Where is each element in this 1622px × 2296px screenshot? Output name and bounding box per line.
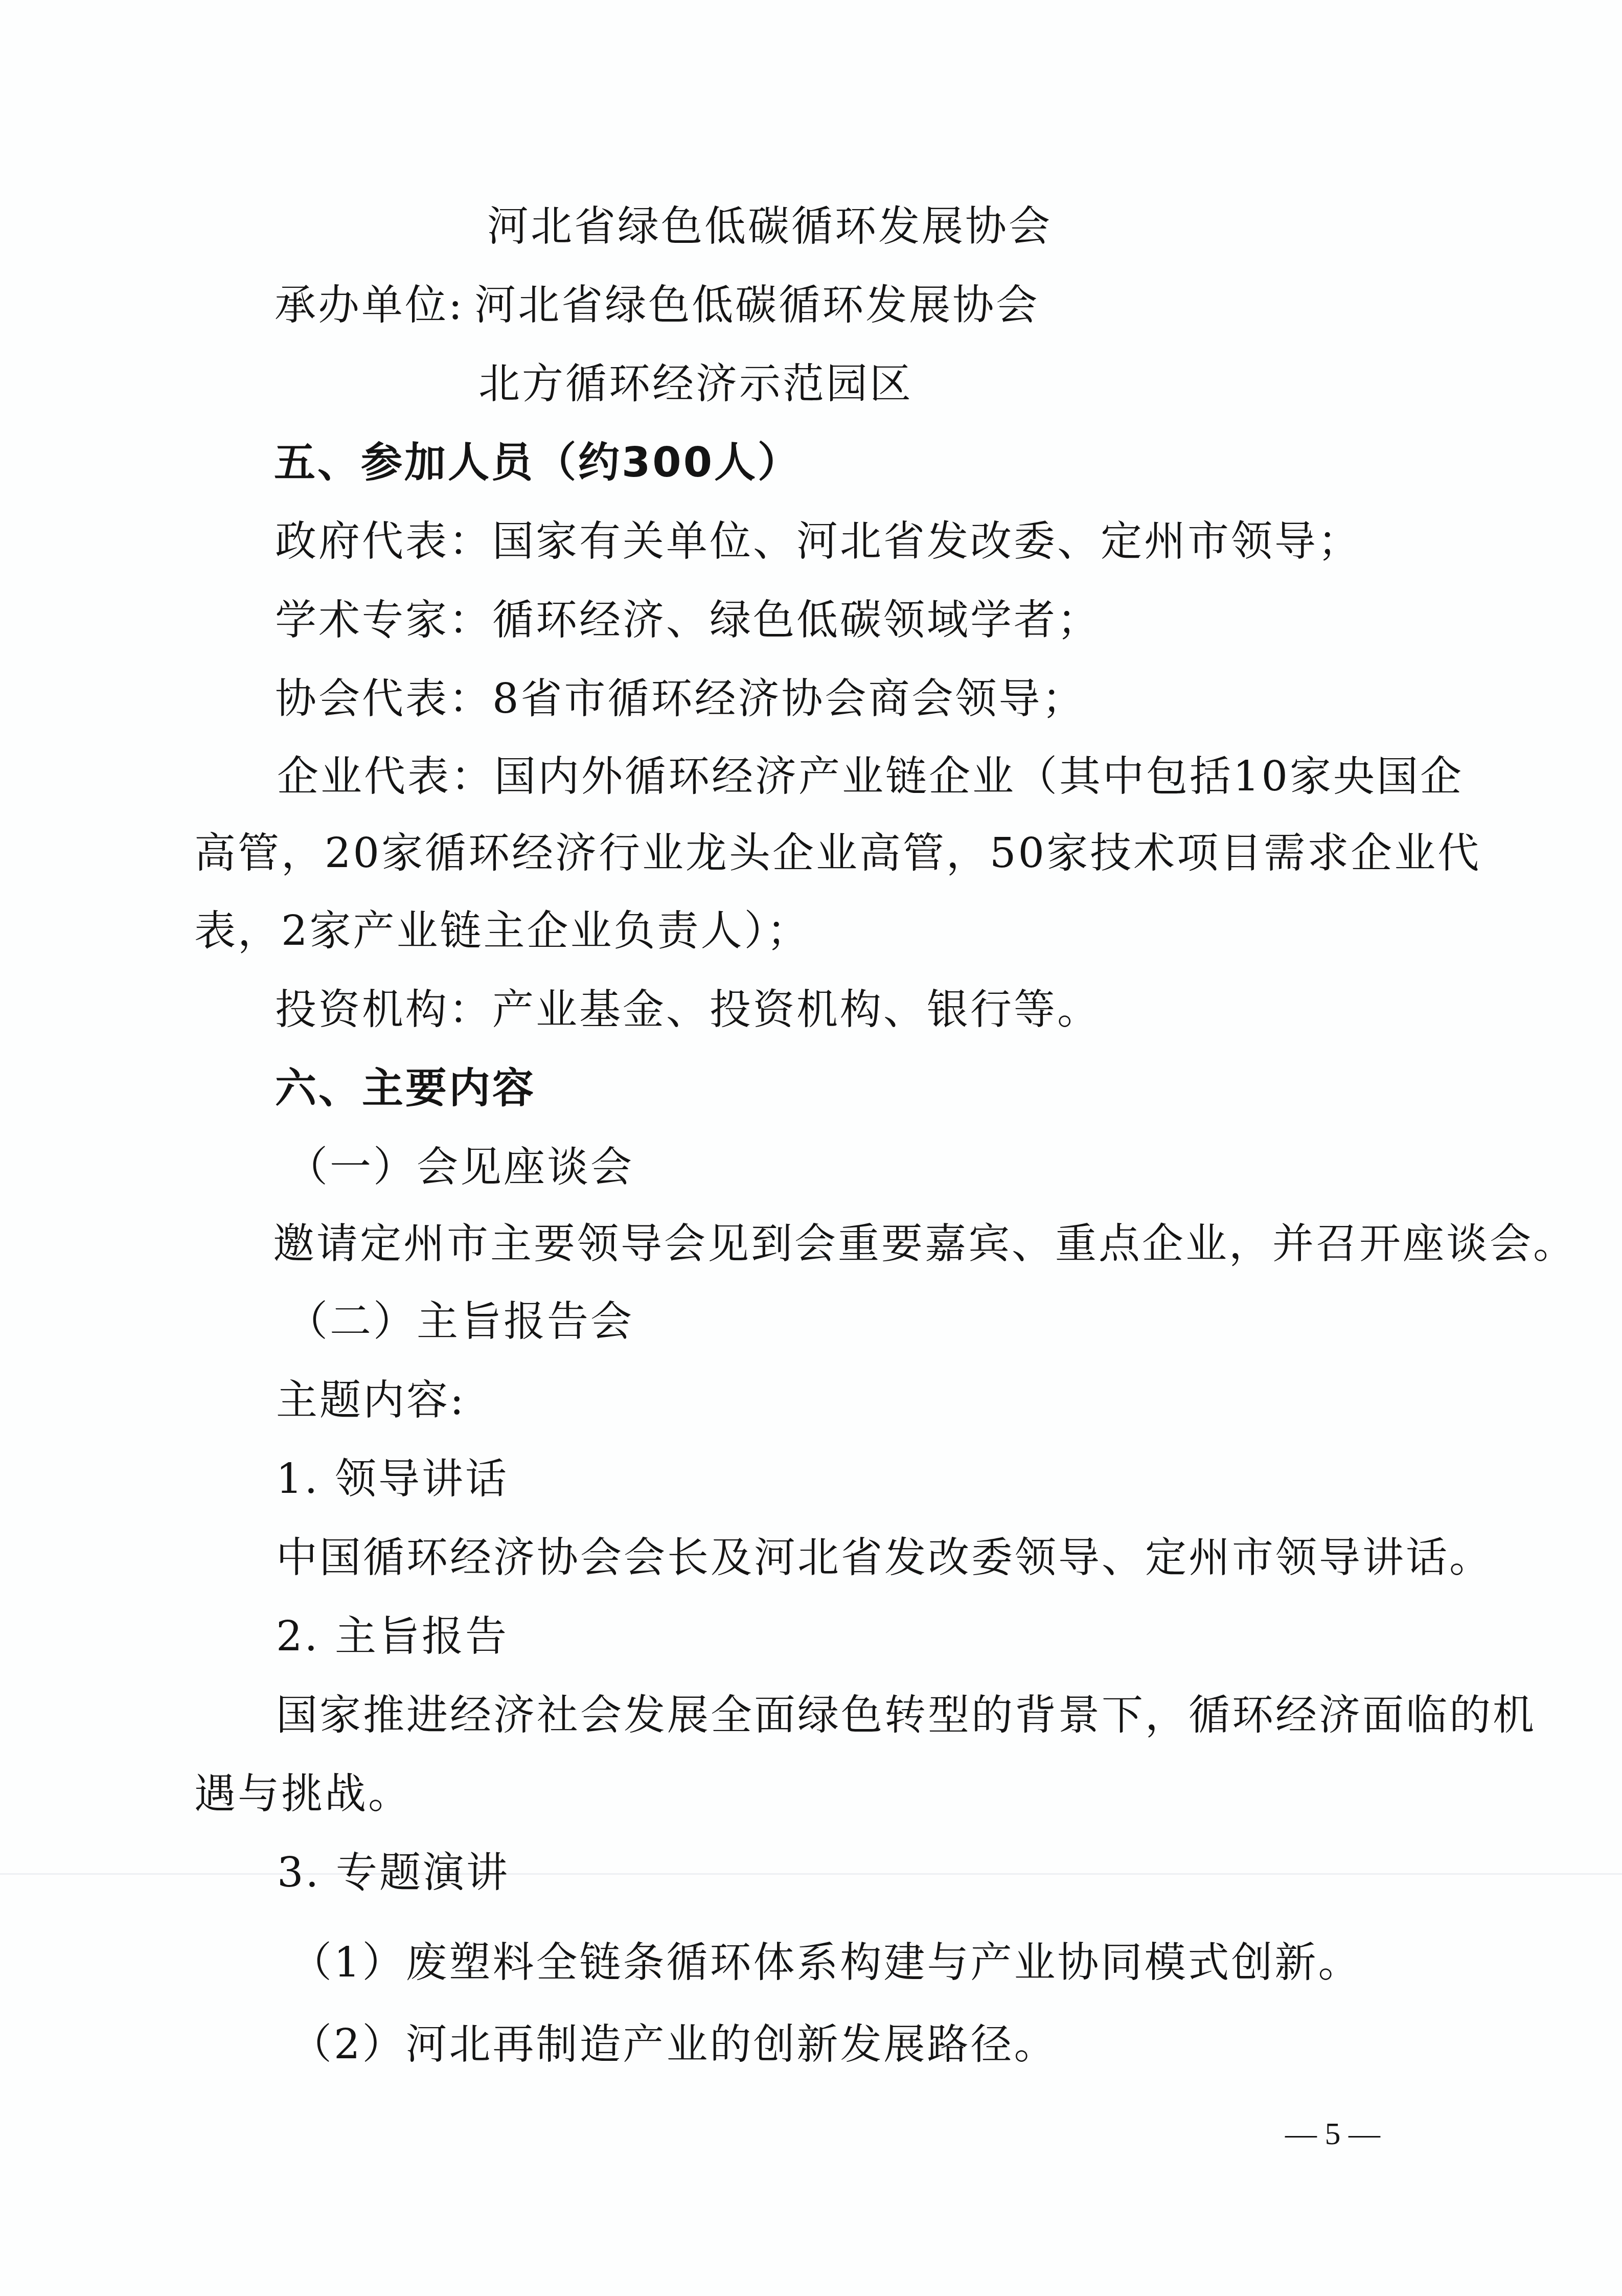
item-title-keynote-report: 2. 主旨报告 — [276, 1608, 509, 1665]
participant-item-enterprises-line2: 高管，20家循环经济行业龙头企业高管，50家技术项目需求企业代 — [194, 825, 1481, 881]
scan-artifact-line — [0, 1873, 1622, 1875]
section-heading-participants: 五、参加人员（约300人） — [274, 435, 801, 491]
page-number: — 5 — — [1285, 2113, 1380, 2154]
talk-item-1: （1）废塑料全链条循环体系构建与产业协同模式创新。 — [290, 1935, 1362, 1991]
subsection-title-keynote: （二）主旨报告会 — [286, 1293, 634, 1350]
item-title-leader-speech: 1. 领导讲话 — [276, 1451, 509, 1507]
participant-item-investors: 投资机构：产业基金、投资机构、银行等。 — [275, 982, 1101, 1038]
co-organizer-label: 承办单位: — [275, 281, 464, 329]
item-body-keynote-report-line2: 遇与挑战。 — [194, 1766, 412, 1822]
co-organizer-row: 承办单位:河北省绿色低碳循环发展协会 — [275, 277, 1039, 333]
item-body-keynote-report-line1: 国家推进经济社会发展全面绿色转型的背景下，循环经济面临的机 — [276, 1687, 1536, 1743]
talk-item-2: （2）河北再制造产业的创新发展路径。 — [290, 2016, 1058, 2073]
co-organizer-name-2: 北方循环经济示范园区 — [478, 356, 913, 412]
item-body-leader-speech: 中国循环经济协会会长及河北省发改委领导、定州市领导讲话。 — [276, 1530, 1493, 1586]
item-title-special-talks: 3. 专题演讲 — [277, 1845, 510, 1901]
subsection-title-meeting: （一）会见座谈会 — [286, 1139, 634, 1195]
participant-item-academic: 学术专家：循环经济、绿色低碳领域学者； — [275, 592, 1101, 648]
participant-item-enterprises-line1: 企业代表：国内外循环经济产业链企业（其中包括10家央国企 — [277, 748, 1464, 805]
participant-item-associations: 协会代表：8省市循环经济协会商会领导； — [275, 671, 1086, 727]
organizer-line: 河北省绿色低碳循环发展协会 — [487, 198, 1052, 255]
participant-item-enterprises-line3: 表，2家产业链主企业负责人）； — [194, 903, 810, 959]
subsection-body-meeting: 邀请定州市主要领导会见到会重要嘉宾、重点企业，并召开座谈会。 — [273, 1216, 1577, 1272]
document-page: 河北省绿色低碳循环发展协会 承办单位:河北省绿色低碳循环发展协会 北方循环经济示… — [0, 0, 1622, 2296]
section-heading-main-content: 六、主要内容 — [275, 1060, 536, 1117]
theme-label: 主题内容: — [276, 1372, 466, 1428]
participant-item-government: 政府代表：国家有关单位、河北省发改委、定州市领导； — [275, 513, 1361, 570]
co-organizer-name: 河北省绿色低碳循环发展协会 — [474, 281, 1039, 329]
